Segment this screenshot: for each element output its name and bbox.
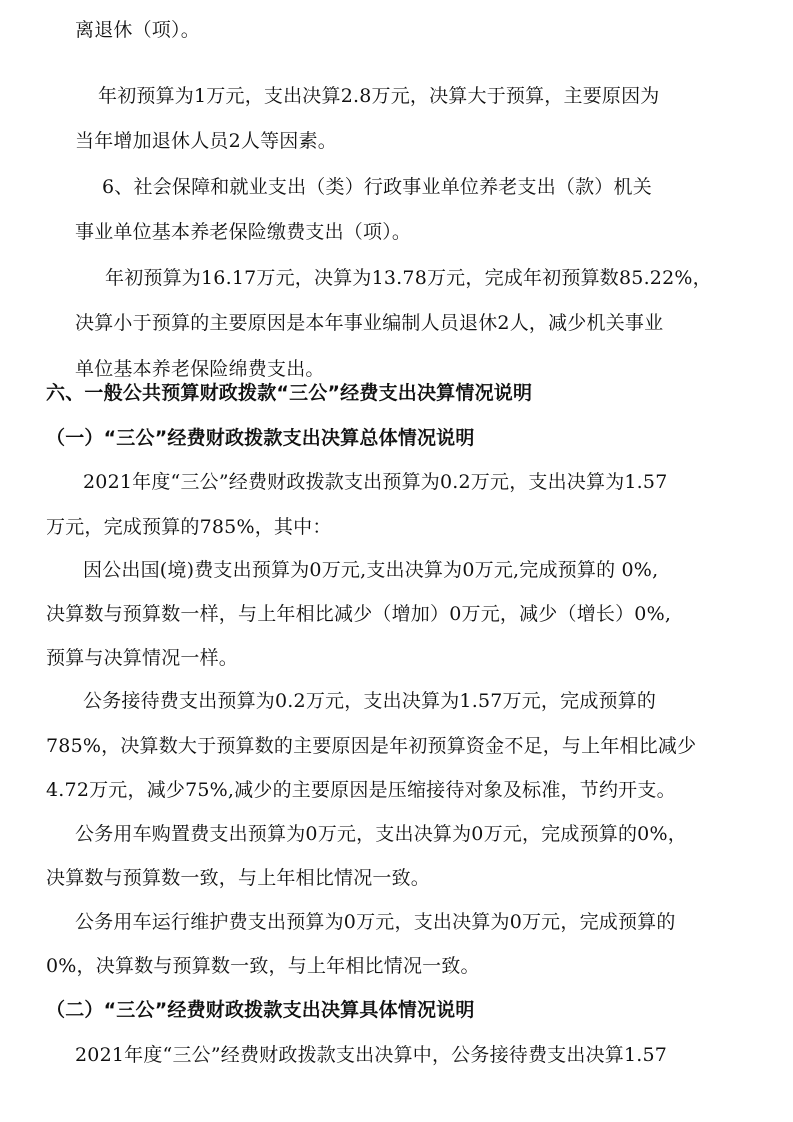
section-heading: 六、一般公共预算财政拨款“三公”经费支出决算情况说明 [46,381,532,405]
paragraph-line: 6、社会保障和就业支出（类）行政事业单位养老支出（款）机关 [102,175,652,199]
paragraph-line: 785%，决算数大于预算数的主要原因是年初预算资金不足，与上年相比减少 [46,734,696,758]
paragraph-line: 当年增加退休人员2人等因素。 [75,129,337,153]
paragraph-line: 决算数与预算数一致，与上年相比情况一致。 [46,866,430,890]
paragraph-line: 离退休（项）。 [75,18,200,42]
document-page: 离退休（项）。年初预算为1万元，支出决算2.8万元，决算大于预算，主要原因为当年… [0,0,793,1122]
paragraph-line: 决算数与预算数一样，与上年相比减少（增加）0万元，减少（增长）0%, [46,602,671,626]
paragraph-line: 事业单位基本养老保险缴费支出（项）。 [75,220,411,244]
paragraph-line: 年初预算为1万元，支出决算2.8万元，决算大于预算，主要原因为 [98,84,660,108]
paragraph-line: 2021年度“三公”经费财政拨款支出预算为0.2万元，支出决算为1.57 [83,470,668,494]
paragraph-line: 决算小于预算的主要原因是本年事业编制人员退休2人，减少机关事业 [75,311,663,335]
paragraph-line: 年初预算为16.17万元，决算为13.78万元，完成年初预算数85.22%， [105,266,712,290]
section-heading: （一）“三公”经费财政拨款支出决算总体情况说明 [46,426,475,450]
paragraph-line: 2021年度“三公”经费财政拨款支出决算中，公务接待费支出决算1.57 [75,1043,667,1067]
paragraph-line: 公务用车购置费支出预算为0万元，支出决算为0万元，完成预算的0%， [75,822,687,846]
paragraph-line: 公务用车运行维护费支出预算为0万元，支出决算为0万元，完成预算的 [75,910,676,934]
section-heading: （二）“三公”经费财政拨款支出决算具体情况说明 [46,998,475,1022]
paragraph-line: 0%，决算数与预算数一致，与上年相比情况一致。 [46,954,480,978]
paragraph-line: 预算与决算情况一样。 [46,646,238,670]
paragraph-line: 万元，完成预算的785%，其中： [46,515,332,539]
paragraph-line: 单位基本养老保险绵费支出。 [75,357,325,381]
paragraph-line: 公务接待费支出预算为0.2万元，支出决算为1.57万元，完成预算的 [83,689,656,713]
paragraph-line: 4.72万元，减少75%,减少的主要原因是压缩接待对象及标准，节约开支。 [46,778,676,802]
paragraph-line: 因公出国(境)费支出预算为0万元,支出决算为0万元,完成预算的 0%, [83,558,658,582]
